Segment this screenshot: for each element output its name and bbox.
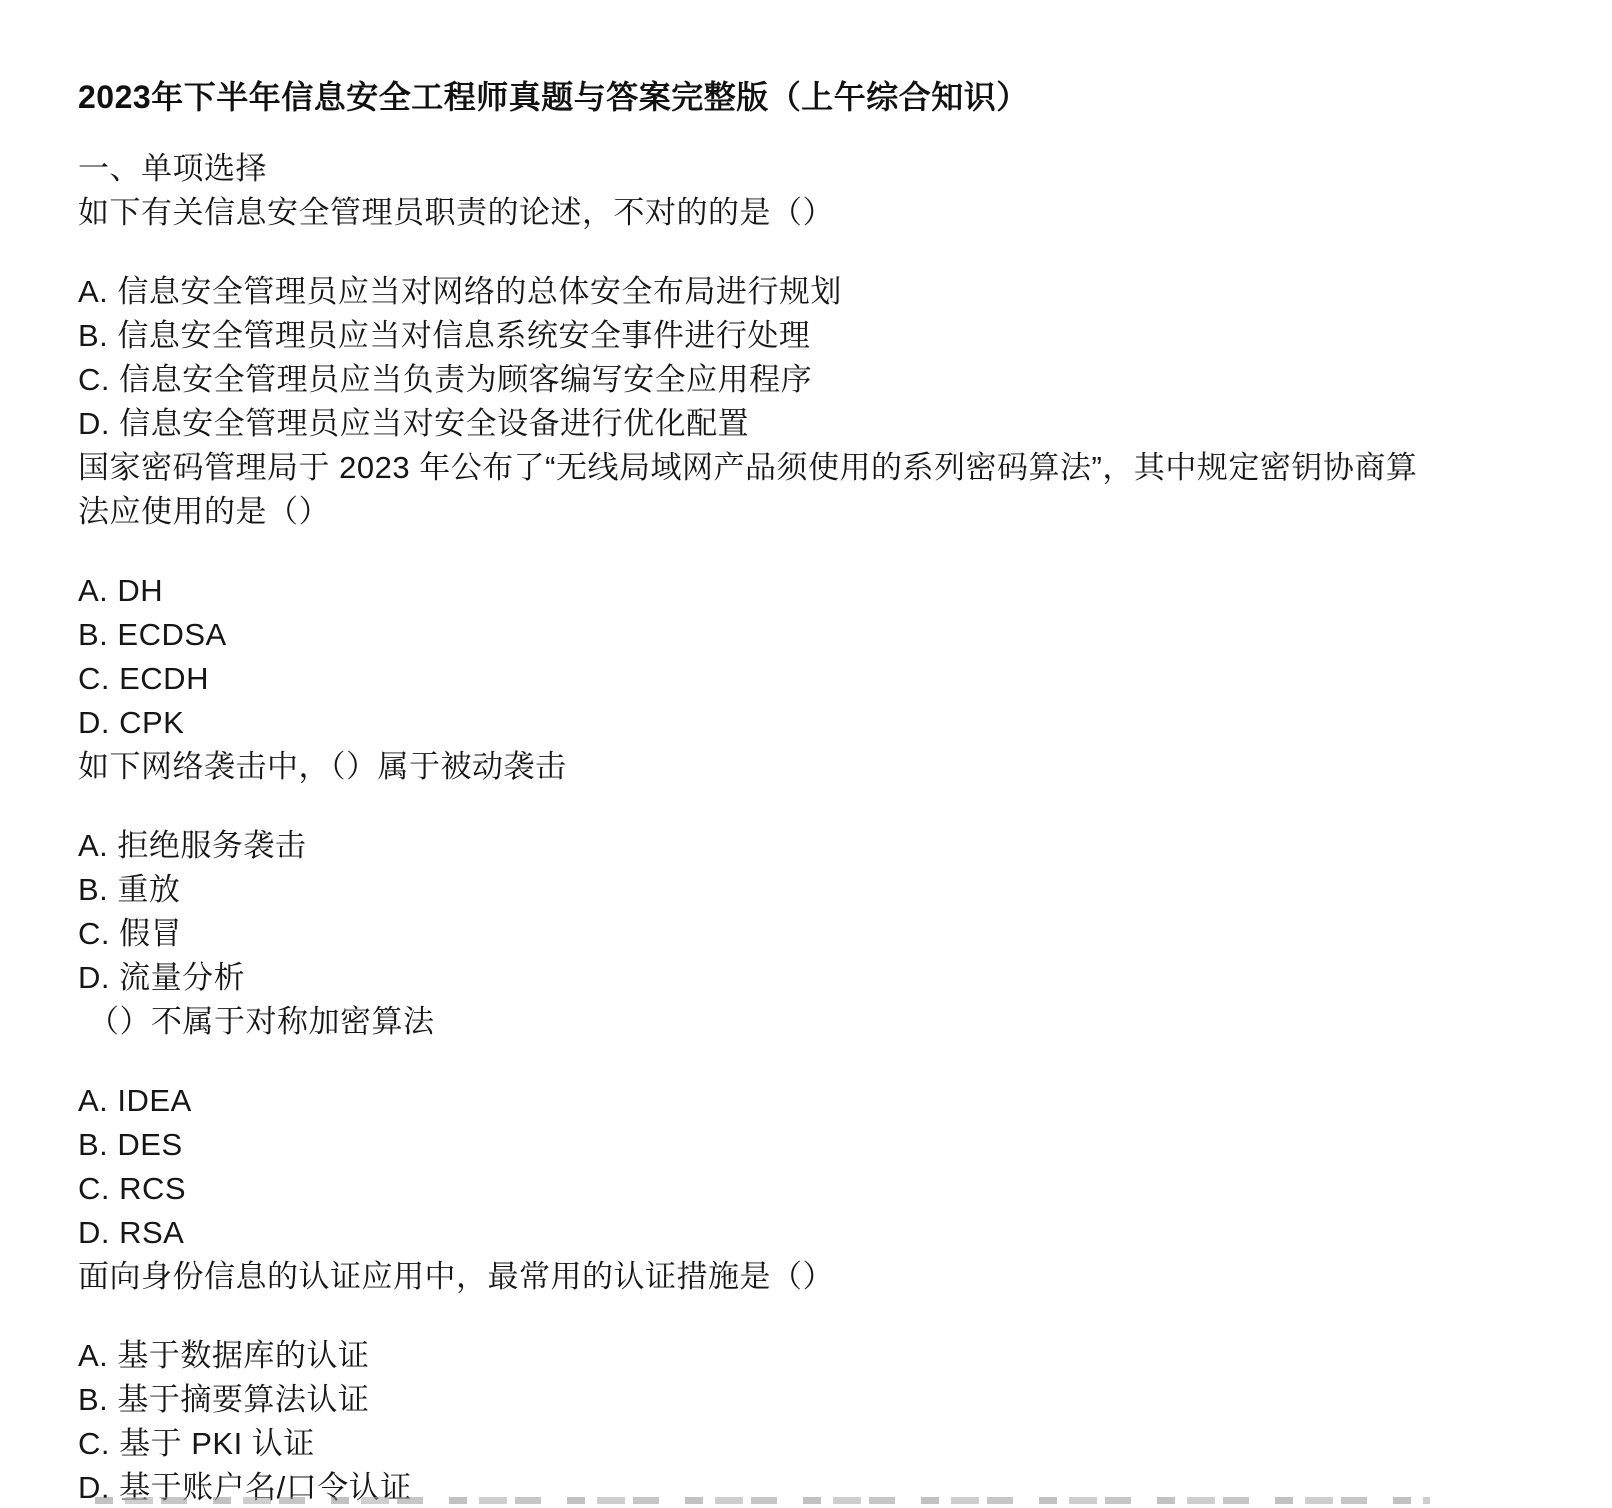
options-list: A. 拒绝服务袭击 B. 重放 C. 假冒 D. 流量分析 (78, 824, 1532, 1000)
option-c: C. 假冒 (78, 912, 1532, 956)
question-block: 面向身份信息的认证应用中，最常用的认证措施是（） A. 基于数据库的认证 B. … (78, 1255, 1532, 1508)
question-stem: 国家密码管理局于 2023 年公布了“无线局域网产品须使用的系列密码算法”，其中… (78, 446, 1532, 534)
question-stem-line: 如下网络袭击中，（）属于被动袭击 (78, 745, 1478, 789)
document-page: 2023年下半年信息安全工程师真题与答案完整版（上午综合知识） 一、单项选择 如… (0, 0, 1612, 1508)
question-stem-line: 如下有关信息安全管理员职责的论述，不对的的是（） (78, 191, 1478, 235)
options-list: A. DH B. ECDSA C. ECDH D. CPK (78, 569, 1532, 745)
question-stem-line: （）不属于对称加密算法 (78, 1000, 1478, 1044)
option-b: B. DES (78, 1123, 1532, 1167)
option-c: C. 信息安全管理员应当负责为顾客编写安全应用程序 (78, 358, 1532, 402)
option-d: D. RSA (78, 1211, 1532, 1255)
option-d: D. 流量分析 (78, 956, 1532, 1000)
option-b: B. 重放 (78, 868, 1532, 912)
options-list: A. 信息安全管理员应当对网络的总体安全布局进行规划 B. 信息安全管理员应当对… (78, 270, 1532, 446)
option-a: A. DH (78, 569, 1532, 613)
option-b: B. 信息安全管理员应当对信息系统安全事件进行处理 (78, 314, 1532, 358)
question-block: 如下有关信息安全管理员职责的论述，不对的的是（） A. 信息安全管理员应当对网络… (78, 191, 1532, 446)
question-stem: （）不属于对称加密算法 (78, 1000, 1532, 1044)
option-a: A. 拒绝服务袭击 (78, 824, 1532, 868)
question-block: 如下网络袭击中，（）属于被动袭击 A. 拒绝服务袭击 B. 重放 C. 假冒 D… (78, 745, 1532, 1000)
clipped-next-text-line (95, 1497, 1430, 1504)
question-stem: 如下网络袭击中，（）属于被动袭击 (78, 745, 1532, 789)
question-stem-line: 法应使用的是（） (78, 490, 1478, 534)
option-a: A. IDEA (78, 1079, 1532, 1123)
question-block: 国家密码管理局于 2023 年公布了“无线局域网产品须使用的系列密码算法”，其中… (78, 446, 1532, 745)
question-stem-line: 国家密码管理局于 2023 年公布了“无线局域网产品须使用的系列密码算法”，其中… (78, 446, 1478, 490)
page-title: 2023年下半年信息安全工程师真题与答案完整版（上午综合知识） (78, 75, 1532, 119)
question-stem: 面向身份信息的认证应用中，最常用的认证措施是（） (78, 1255, 1532, 1299)
section-heading: 一、单项选择 (78, 147, 1532, 191)
option-b: B. 基于摘要算法认证 (78, 1378, 1532, 1422)
option-c: C. 基于 PKI 认证 (78, 1422, 1532, 1466)
option-b: B. ECDSA (78, 613, 1532, 657)
options-list: A. 基于数据库的认证 B. 基于摘要算法认证 C. 基于 PKI 认证 D. … (78, 1334, 1532, 1508)
question-block: （）不属于对称加密算法 A. IDEA B. DES C. RCS D. RSA (78, 1000, 1532, 1255)
option-a: A. 基于数据库的认证 (78, 1334, 1532, 1378)
options-list: A. IDEA B. DES C. RCS D. RSA (78, 1079, 1532, 1255)
option-d: D. 信息安全管理员应当对安全设备进行优化配置 (78, 402, 1532, 446)
option-a: A. 信息安全管理员应当对网络的总体安全布局进行规划 (78, 270, 1532, 314)
option-c: C. ECDH (78, 657, 1532, 701)
option-c: C. RCS (78, 1167, 1532, 1211)
option-d: D. CPK (78, 701, 1532, 745)
question-stem: 如下有关信息安全管理员职责的论述，不对的的是（） (78, 191, 1532, 235)
question-stem-line: 面向身份信息的认证应用中，最常用的认证措施是（） (78, 1255, 1478, 1299)
